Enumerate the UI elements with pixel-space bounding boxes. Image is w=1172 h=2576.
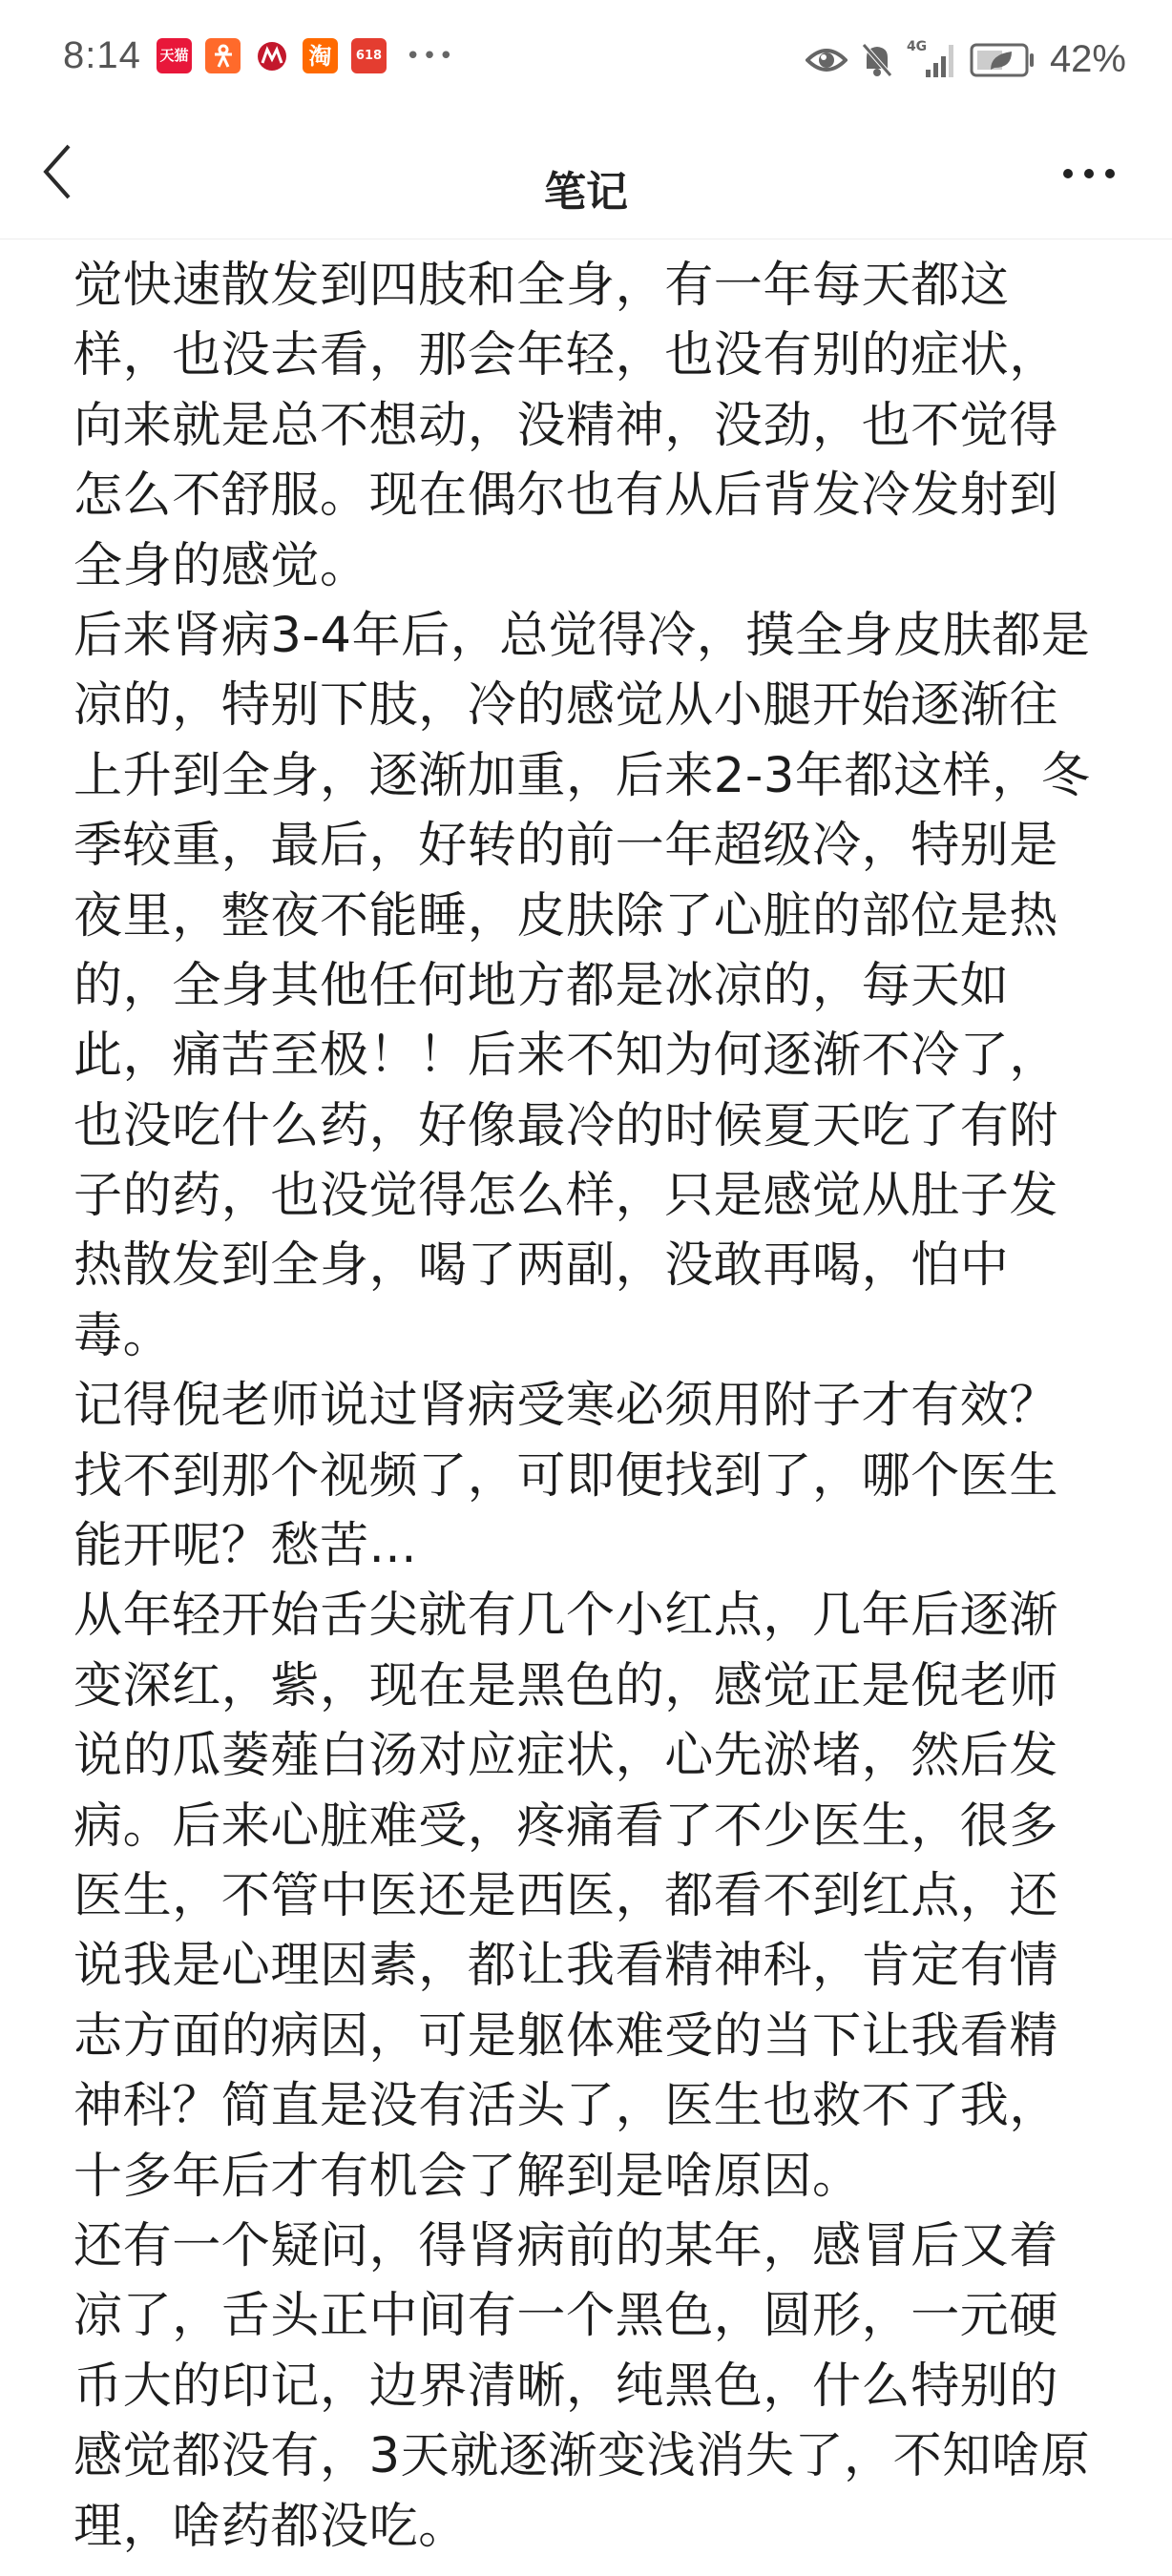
mute-bell-icon [861, 42, 893, 78]
note-line: 医生，不管中医还是西医，都看不到红点，还 [73, 1861, 1091, 1931]
status-bar: 8:14 天猫 淘 618 ••• 4G 42% [0, 0, 1172, 119]
note-line: 此，痛苦至极！！后来不知为何逐渐不冷了， [73, 1021, 1091, 1091]
note-line: 能开呢？愁苦... [73, 1511, 1091, 1581]
note-line: 病。后来心脏难受，疼痛看了不少医生，很多 [73, 1792, 1091, 1861]
note-line: 还有一个疑问，得肾病前的某年，感冒后又着 [73, 2212, 1091, 2281]
battery-saver-icon [970, 43, 1036, 77]
note-line: 也没吃什么药，好像最冷的时候夏天吃了有附 [73, 1091, 1091, 1161]
cmb-bank-app-icon [254, 38, 289, 73]
note-line: 说我是心理因素，都让我看精神科，肯定有情 [73, 1931, 1091, 2001]
notification-icons: 天猫 淘 618 ••• [157, 38, 455, 73]
more-horizontal-icon [1057, 150, 1124, 197]
note-line: 怎么不舒服。现在偶尔也有从后背发冷发射到 [73, 461, 1091, 530]
note-line: 觉快速散发到四肢和全身，有一年每天都这 [73, 251, 1091, 321]
note-line: 夜里，整夜不能睡，皮肤除了心脏的部位是热 [73, 882, 1091, 951]
jd-618-app-icon: 618 [351, 38, 387, 73]
tmall-app-icon: 天猫 [157, 38, 192, 73]
note-line: 神科？简直是没有活头了，医生也救不了我， [73, 2071, 1091, 2141]
note-line: 找不到那个视频了，可即便找到了，哪个医生 [73, 1442, 1091, 1511]
note-line: 毒。 [73, 1301, 1091, 1371]
note-line: 上升到全身，逐渐加重，后来2-3年都这样，冬 [73, 741, 1091, 811]
note-text: 觉快速散发到四肢和全身，有一年每天都这 样，也没去看，那会年轻，也没有别的症状，… [73, 251, 1091, 2562]
note-line: 的，全身其他任何地方都是冰凉的，每天如 [73, 951, 1091, 1021]
note-line: 记得倪老师说过肾病受寒必须用附子才有效？ [73, 1371, 1091, 1441]
system-status-icons: 4G 42% [806, 38, 1126, 81]
status-time: 8:14 [63, 34, 141, 77]
note-line: 全身的感觉。 [73, 531, 1091, 601]
network-type-label: 4G [907, 39, 927, 54]
page-title: 笔记 [0, 157, 1172, 218]
note-line: 志方面的病因，可是躯体难受的当下让我看精 [73, 2002, 1091, 2071]
note-line: 从年轻开始舌尖就有几个小红点，几年后逐渐 [73, 1581, 1091, 1651]
note-line: 热散发到全身，喝了两副，没敢再喝，怕中 [73, 1231, 1091, 1300]
taobao-app-icon: 淘 [303, 38, 338, 73]
note-line: 凉的，特别下肢，冷的感觉从小腿开始逐渐往 [73, 671, 1091, 740]
more-options-button[interactable] [1057, 150, 1124, 197]
note-line: 十多年后才有机会了解到是啥原因。 [73, 2142, 1091, 2212]
note-line: 说的瓜蒌薤白汤对应症状，心先淤堵，然后发 [73, 1721, 1091, 1791]
note-line: 季较重，最后，好转的前一年超级冷，特别是 [73, 811, 1091, 881]
note-line: 样，也没去看，那会年轻，也没有别的症状， [73, 321, 1091, 390]
note-content[interactable]: 觉快速散发到四肢和全身，有一年每天都这 样，也没去看，那会年轻，也没有别的症状，… [73, 239, 1114, 2576]
note-line: 凉了，舌头正中间有一个黑色，圆形，一元硬 [73, 2281, 1091, 2351]
more-notifications-icon: ••• [406, 42, 455, 71]
note-line: 后来肾病3-4年后，总觉得冷，摸全身皮肤都是 [73, 601, 1091, 671]
note-line: 币大的印记，边界清晰，纯黑色，什么特别的 [73, 2352, 1091, 2421]
note-line: 变深红，紫，现在是黑色的，感觉正是倪老师 [73, 1652, 1091, 1721]
top-nav-bar: 笔记 [0, 119, 1172, 239]
eye-comfort-icon [806, 45, 848, 75]
note-line: 向来就是总不想动，没精神，没劲，也不觉得 [73, 391, 1091, 461]
dianping-app-icon [205, 38, 241, 73]
note-line: 子的药，也没觉得怎么样，只是感觉从肚子发 [73, 1161, 1091, 1231]
note-line: 理，啥药都没吃。 [73, 2492, 1091, 2562]
note-line: 感觉都没有，3天就逐渐变浅消失了，不知啥原 [73, 2421, 1091, 2491]
battery-percent: 42% [1050, 38, 1126, 81]
cellular-signal-icon: 4G [907, 43, 956, 77]
